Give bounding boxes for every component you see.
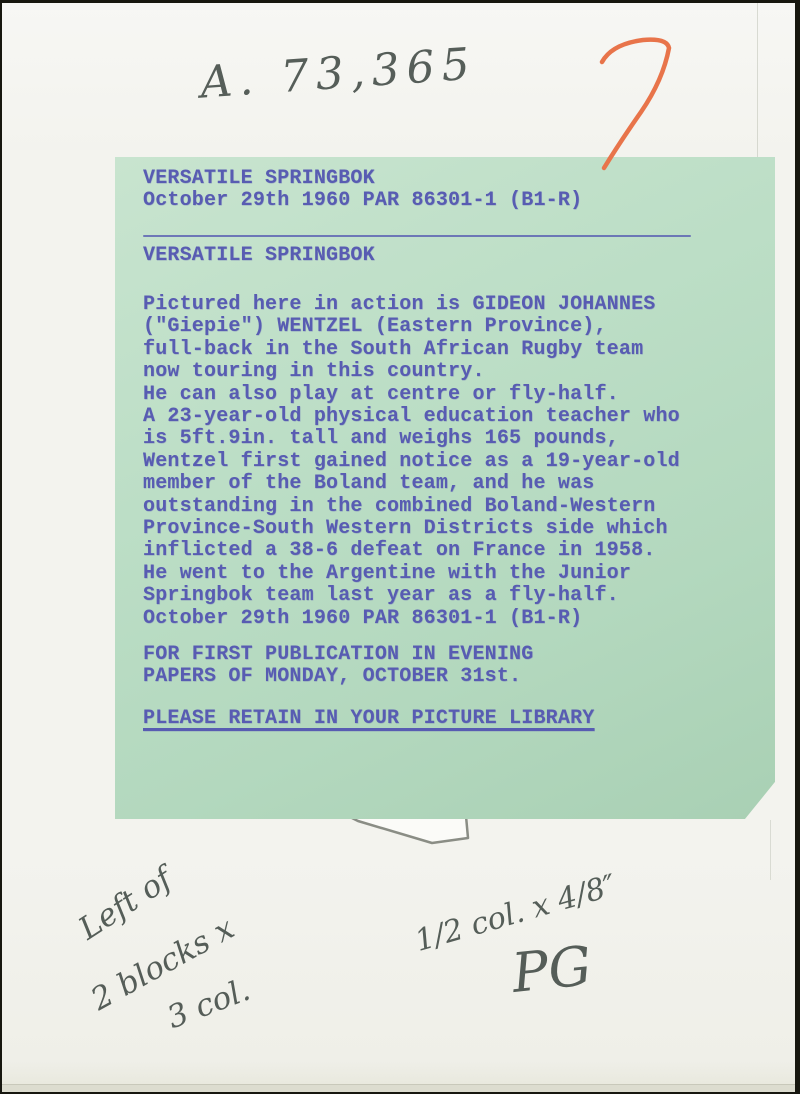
body-line-14: Springbok team last year as a fly-half. — [143, 584, 619, 607]
publication-notice-line-2: PAPERS OF MONDAY, OCTOBER 31st. — [143, 665, 521, 688]
scan-bottom-card-edge — [0, 1084, 800, 1092]
body-line-3: full-back in the South African Rugby tea… — [143, 338, 643, 361]
body-line-5: He can also play at centre or fly-half. — [143, 383, 619, 406]
body-line-10: outstanding in the combined Boland-Weste… — [143, 495, 655, 518]
scan-edge-left — [0, 0, 2, 1094]
body-line-9: member of the Boland team, and he was — [143, 472, 594, 495]
backing-paper-edge — [757, 3, 758, 157]
note-bottom-left-line-3: 3 col. — [162, 972, 255, 1036]
body-line-12: inflicted a 38-6 defeat on France in 195… — [143, 539, 655, 562]
body-line-4: now touring in this country. — [143, 360, 485, 383]
slip-subheading: VERSATILE SPRINGBOK — [143, 245, 375, 267]
body-line-6: A 23-year-old physical education teacher… — [143, 405, 680, 428]
note-initials: PG — [509, 934, 595, 1005]
publication-notice-line-1: FOR FIRST PUBLICATION IN EVENING — [143, 643, 533, 666]
publication-notice: FOR FIRST PUBLICATION IN EVENINGPAPERS O… — [143, 644, 533, 689]
body-line-13: He went to the Argentine with the Junior — [143, 562, 631, 585]
body-line-11: Province-South Western Districts side wh… — [143, 517, 668, 540]
body-line-15: October 29th 1960 PAR 86301-1 (B1-R) — [143, 607, 582, 630]
body-line-1: Pictured here in action is GIDEON JOHANN… — [143, 293, 655, 316]
scan-edge-right — [795, 0, 800, 1094]
backing-paper-edge-lower — [770, 820, 771, 880]
scan-edge-top — [0, 0, 800, 3]
slip-header: VERSATILE SPRINGBOKOctober 29th 1960 PAR… — [143, 168, 582, 213]
typed-divider-rule — [143, 235, 691, 237]
body-line-8: Wentzel first gained notice as a 19-year… — [143, 450, 680, 473]
body-line-2: ("Giepie") WENTZEL (Eastern Province), — [143, 315, 607, 338]
body-line-7: is 5ft.9in. tall and weighs 165 pounds, — [143, 427, 619, 450]
slip-header-line-1: VERSATILE SPRINGBOK — [143, 167, 375, 190]
note-bottom-left-line-1: Left of — [72, 861, 178, 947]
slip-body-text: Pictured here in action is GIDEON JOHANN… — [143, 294, 680, 630]
slip-header-line-2: October 29th 1960 PAR 86301-1 (B1-R) — [143, 189, 582, 212]
retain-notice: PLEASE RETAIN IN YOUR PICTURE LIBRARY — [143, 708, 594, 730]
photo-caption-card-scan: VERSATILE SPRINGBOKOctober 29th 1960 PAR… — [0, 0, 800, 1094]
caption-slip: VERSATILE SPRINGBOKOctober 29th 1960 PAR… — [115, 157, 775, 819]
archive-number-handwriting: A. 73,365 — [199, 38, 479, 108]
